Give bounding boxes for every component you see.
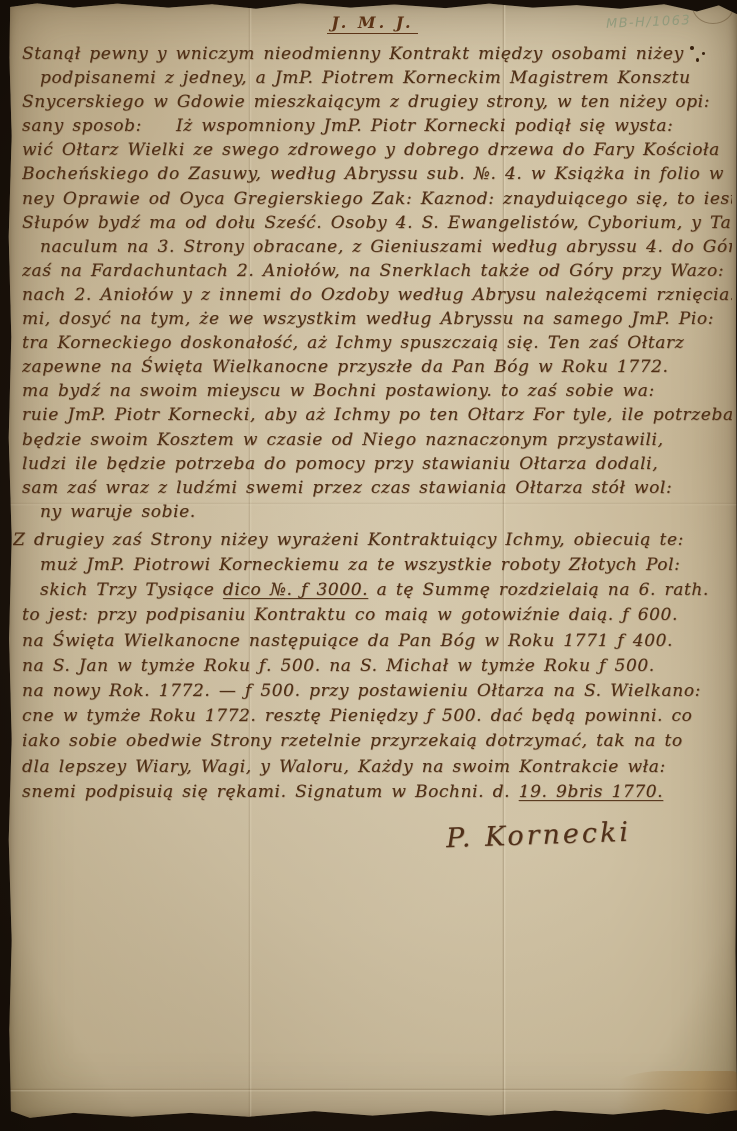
manuscript-line: ludzi ile będzie potrzeba do pomocy przy…	[22, 452, 732, 476]
manuscript-line: Snycerskiego w Gdowie mieszkaiącym z dru…	[22, 90, 732, 114]
manuscript-line: na S. Jan w tymże Roku ƒ. 500. na S. Mic…	[22, 654, 732, 679]
manuscript-line: cne w tymże Roku 1772. resztę Pieniędzy …	[22, 704, 732, 729]
manuscript-line: Słupów bydź ma od dołu Sześć. Osoby 4. S…	[22, 211, 732, 235]
manuscript-line: skich Trzy Tysiące dico №. ƒ 3000. a tę …	[22, 578, 732, 603]
manuscript-line: iako sobie obedwie Strony rzetelnie przy…	[22, 729, 732, 754]
paragraph-contract-terms: Stanął pewny y wniczym nieodmienny Kontr…	[22, 42, 732, 524]
manuscript-line: będzie swoim Kosztem w czasie od Niego n…	[22, 428, 732, 452]
document-header-text: J. M. J.	[327, 13, 417, 34]
manuscript-line: na nowy Rok. 1772. — ƒ 500. przy postawi…	[22, 679, 732, 704]
manuscript-line: sany sposob: Iż wspomniony JmP. Piotr Ko…	[22, 114, 732, 138]
manuscript-page: J. M. J. MB-H/1063 Stanął pewny y wniczy…	[8, 2, 737, 1119]
manuscript-line: ny waruje sobie.	[22, 500, 732, 524]
manuscript-line: snemi podpisuią się rękami. Signatum w B…	[22, 780, 732, 805]
manuscript-line: dla lepszey Wiary, Wagi, y Waloru, Każdy…	[22, 755, 732, 780]
manuscript-body: Stanął pewny y wniczym nieodmienny Kontr…	[22, 42, 732, 805]
manuscript-line: zaś na Fardachuntach 2. Aniołów, na Sner…	[22, 259, 732, 283]
manuscript-line: zapewne na Święta Wielkanocne przyszłe d…	[22, 355, 732, 379]
manuscript-line: ma bydź na swoim mieyscu w Bochni postaw…	[22, 379, 732, 403]
manuscript-line: na Święta Wielkanocne następuiące da Pan…	[22, 629, 732, 654]
manuscript-line: Bocheńskiego do Zasuwy, według Abryssu s…	[22, 162, 732, 186]
manuscript-line: ruie JmP. Piotr Kornecki, aby aż Ichmy p…	[22, 403, 732, 427]
manuscript-line: podpisanemi z jedney, a JmP. Piotrem Kor…	[22, 66, 732, 90]
manuscript-line: sam zaś wraz z ludźmi swemi przez czas s…	[22, 476, 732, 500]
manuscript-line: Z drugiey zaś Strony niżey wyrażeni Kont…	[13, 528, 732, 553]
underlined-sum: dico №. ƒ 3000.	[223, 580, 368, 600]
paragraph-payment-terms: Z drugiey zaś Strony niżey wyrażeni Kont…	[22, 528, 732, 805]
manuscript-line: ney Oprawie od Oyca Gregierskiego Zak: K…	[22, 187, 732, 211]
manuscript-line: naculum na 3. Strony obracane, z Gienius…	[22, 235, 732, 259]
manuscript-line: wić Ołtarz Wielki ze swego zdrowego y do…	[22, 138, 732, 162]
underlined-date: 19. 9bris 1770.	[519, 782, 664, 802]
manuscript-line: muż JmP. Piotrowi Korneckiemu za te wszy…	[22, 553, 732, 578]
manuscript-line: to jest: przy podpisaniu Kontraktu co ma…	[22, 603, 732, 628]
signature: P. Kornecki	[446, 817, 632, 854]
manuscript-line: mi, dosyć na tym, że we wszystkim według…	[22, 307, 732, 331]
manuscript-line: Stanął pewny y wniczym nieodmienny Kontr…	[22, 42, 732, 66]
torn-paper-edge	[607, 1071, 737, 1113]
manuscript-line: nach 2. Aniołów y z innemi do Ozdoby wed…	[22, 283, 732, 307]
manuscript-line: tra Korneckiego doskonałość, aż Ichmy sp…	[22, 331, 732, 355]
